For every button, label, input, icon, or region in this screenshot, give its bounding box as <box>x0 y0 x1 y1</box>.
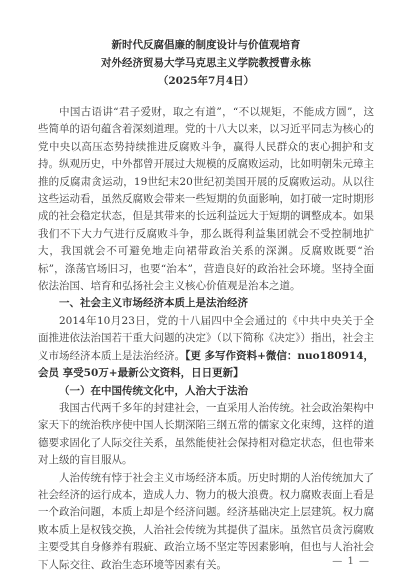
doc-title-line2: 对外经济贸易大学马克思主义学院教授曹永栋 <box>38 54 374 72</box>
document-page: 新时代反腐倡廉的制度设计与价值观培育 对外经济贸易大学马克思主义学院教授曹永栋 … <box>0 0 410 580</box>
paragraph-decision: 2014年10月23日，党的十八届四中全会通过的《中共中央关于全面推进依法治国若… <box>38 313 374 383</box>
document-body: 中国古语讲“君子爱财，取之有道”，“不以规矩，不能成方圆”，这些简单的语句蕴含着… <box>38 104 374 574</box>
doc-date-line: （2025年7月4日） <box>38 72 374 90</box>
page-number: — 1 — <box>332 556 370 567</box>
paragraph-tradition: 我国古代两千多年的封建社会，一直采用人治传统。社会政治架构中家天下的统治秩序使中… <box>38 400 374 470</box>
document-header: 新时代反腐倡廉的制度设计与价值观培育 对外经济贸易大学马克思主义学院教授曹永栋 … <box>38 36 374 90</box>
subsection-heading-1: （一）在中国传统文化中，人治大于法治 <box>38 383 374 400</box>
paragraph-intro: 中国古语讲“君子爱财，取之有道”，“不以规矩，不能成方圆”，这些简单的语句蕴含着… <box>38 104 374 295</box>
page-footer: — 1 — <box>332 556 370 567</box>
paragraph-rule-of-man: 人治传统有悖于社会主义市场经济本质。历史时期的人治传统加大了社会经济的运行成本，… <box>38 470 374 574</box>
doc-title-line1: 新时代反腐倡廉的制度设计与价值观培育 <box>38 36 374 54</box>
section-heading-1: 一、社会主义市场经济本质上是法治经济 <box>38 295 374 312</box>
